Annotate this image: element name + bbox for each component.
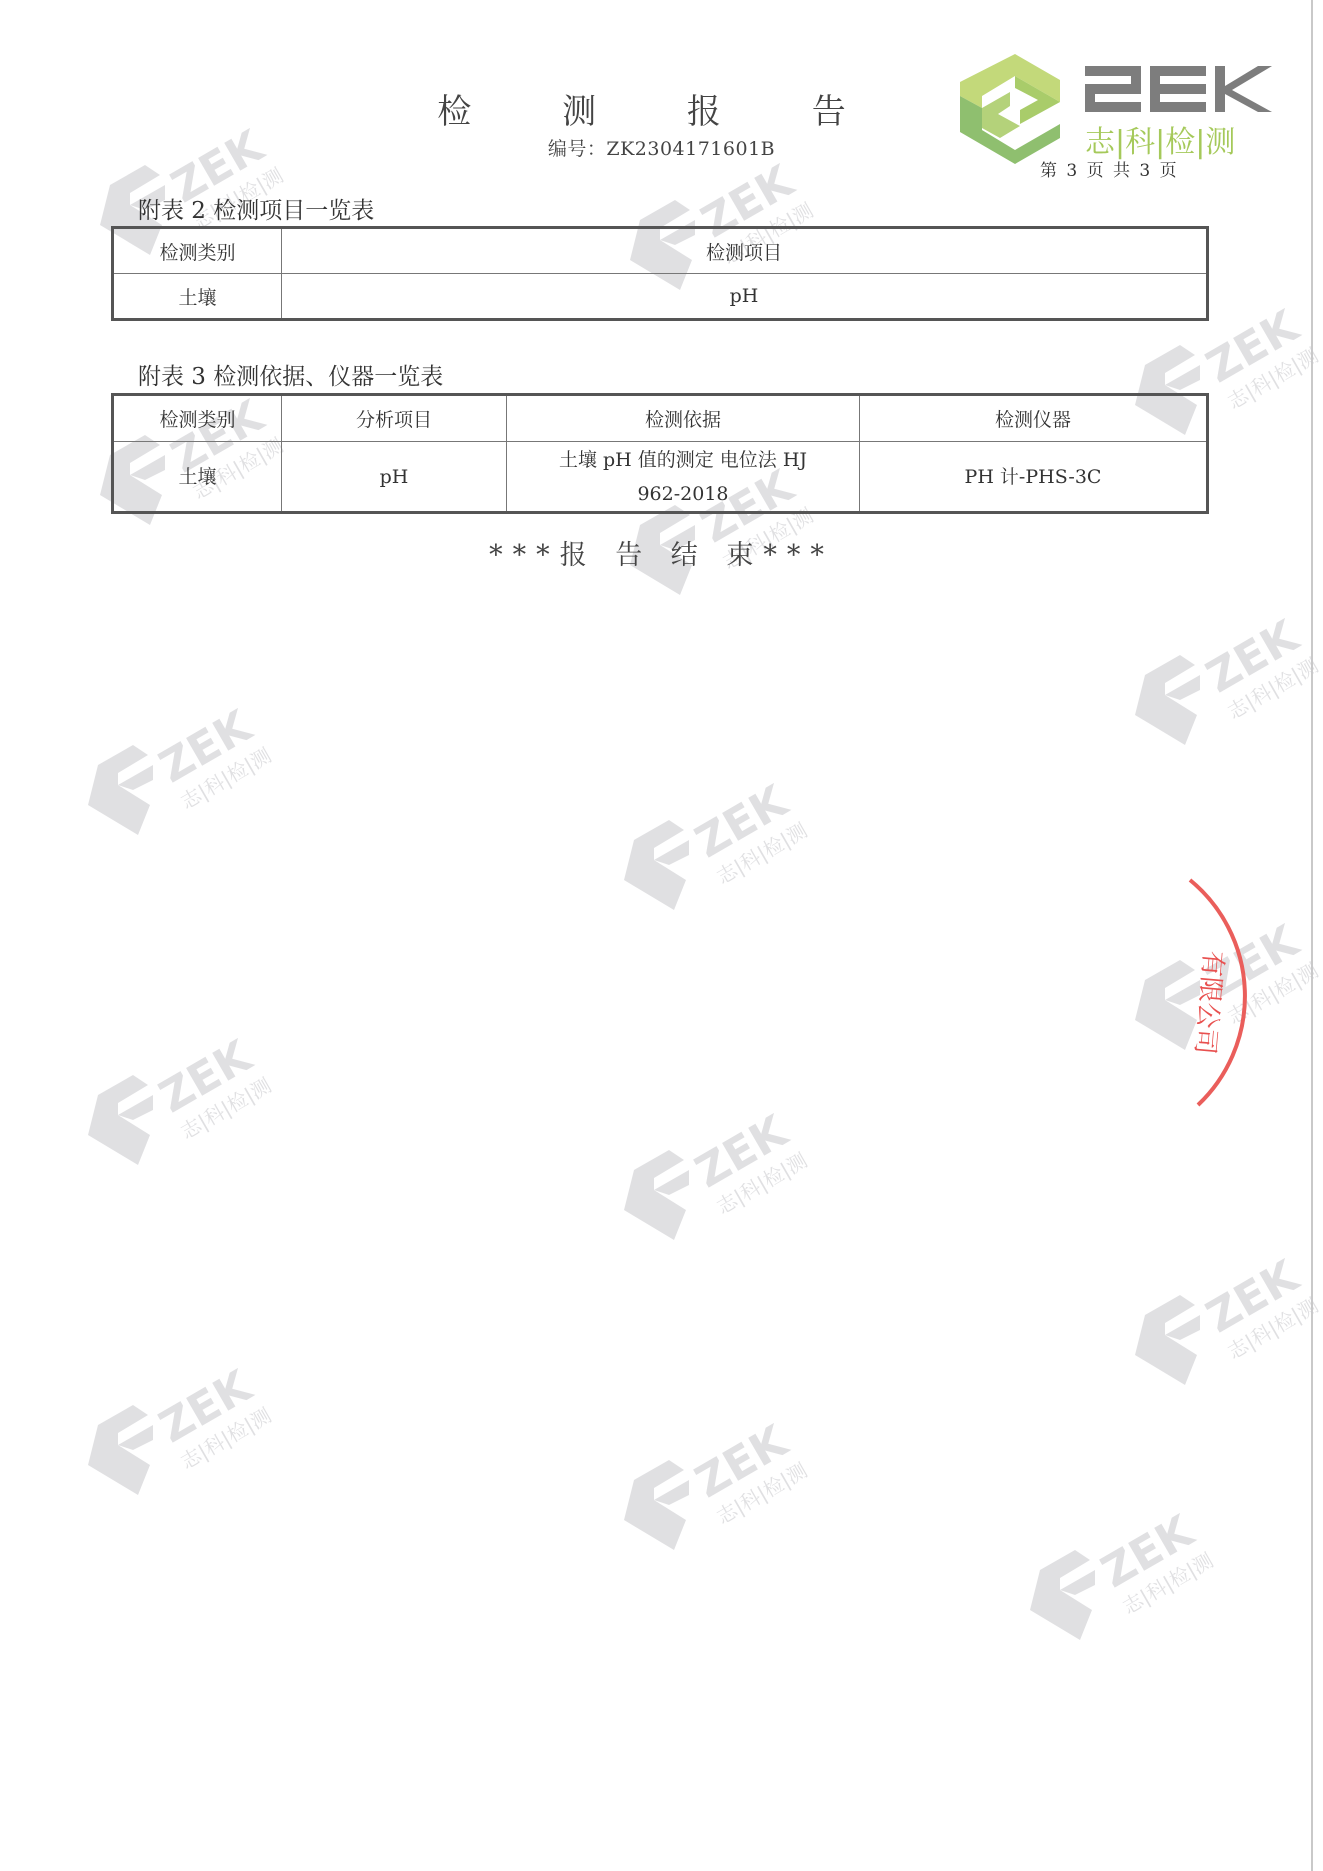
table-row: 土壤 pH	[113, 274, 1208, 320]
cell-method-basis: 土壤 pH 值的测定 电位法 HJ962-2018	[507, 442, 860, 513]
zek-watermark-icon: ZEK志|科|检|测	[614, 1090, 824, 1250]
report-number-value: ZK2304171601B	[606, 138, 775, 160]
svg-text:志|科|检|测: 志|科|检|测	[177, 743, 276, 814]
company-seal-icon: 有限公司	[1150, 870, 1280, 1120]
page-number: 第 3 页 共 3 页	[1040, 156, 1177, 181]
cell-item: pH	[282, 274, 1208, 320]
svg-text:志|科|检|测: 志|科|检|测	[1119, 1548, 1218, 1619]
cell-analysis-item: pH	[282, 442, 507, 513]
svg-text:ZEK: ZEK	[687, 1415, 797, 1508]
table3-caption: 附表 3 检测依据、仪器一览表	[138, 358, 443, 391]
svg-text:ZEK: ZEK	[1198, 1250, 1308, 1343]
svg-text:ZEK: ZEK	[151, 700, 261, 793]
svg-text:ZEK: ZEK	[687, 775, 797, 868]
svg-text:ZEK: ZEK	[151, 1030, 261, 1123]
svg-text:ZEK: ZEK	[1198, 300, 1308, 393]
svg-text:志|科|检|测: 志|科|检|测	[1224, 653, 1323, 724]
svg-text:ZEK: ZEK	[151, 1360, 261, 1453]
svg-text:ZEK: ZEK	[1198, 610, 1308, 703]
basis-instrument-table: 检测类别 分析项目 检测依据 检测仪器 土壤 pH 土壤 pH 值的测定 电位法…	[111, 393, 1209, 514]
basis-line-1: 土壤 pH 值的测定 电位法 HJ	[559, 449, 807, 471]
table-header-row: 检测类别 分析项目 检测依据 检测仪器	[113, 395, 1208, 442]
header-cell: 检测依据	[507, 395, 860, 442]
cell-category: 土壤	[113, 274, 282, 320]
report-end: ***报 告 结 束***	[0, 533, 1323, 572]
header-cell: 检测仪器	[860, 395, 1208, 442]
cell-instrument: PH 计-PHS-3C	[860, 442, 1208, 513]
table-header-row: 检测类别 检测项目	[113, 228, 1208, 274]
svg-text:志|科|检|测: 志|科|检|测	[177, 1403, 276, 1474]
svg-text:志|科|检|测: 志|科|检|测	[1224, 1293, 1323, 1364]
zek-watermark-icon: ZEK志|科|检|测	[78, 685, 288, 845]
report-number-label: 编号：	[548, 138, 607, 160]
zek-watermark-icon: ZEK志|科|检|测	[1125, 595, 1323, 755]
zek-watermark-icon: ZEK志|科|检|测	[1020, 1490, 1230, 1650]
svg-text:ZEK: ZEK	[1093, 1505, 1203, 1598]
zek-logo-icon: 志|科|检|测	[960, 52, 1280, 167]
cell-category: 土壤	[113, 442, 282, 513]
header-cell: 分析项目	[282, 395, 507, 442]
svg-text:志|科|检|测: 志|科|检|测	[1224, 343, 1323, 414]
svg-text:志|科|检|测: 志|科|检|测	[713, 1458, 812, 1529]
svg-text:ZEK: ZEK	[687, 1105, 797, 1198]
zek-watermark-icon: ZEK志|科|检|测	[78, 1015, 288, 1175]
zek-watermark-icon: ZEK志|科|检|测	[78, 1345, 288, 1505]
table2-caption: 附表 2 检测项目一览表	[138, 192, 374, 225]
table-row: 土壤 pH 土壤 pH 值的测定 电位法 HJ962-2018 PH 计-PHS…	[113, 442, 1208, 513]
svg-text:有限公司: 有限公司	[1189, 949, 1228, 1055]
basis-line-2: 962-2018	[637, 483, 728, 505]
svg-text:志|科|检|测: 志|科|检|测	[713, 818, 812, 889]
page-edge-line	[1311, 0, 1313, 1871]
svg-text:志|科|检|测: 志|科|检|测	[1085, 125, 1235, 160]
test-items-table: 检测类别 检测项目 土壤 pH	[111, 226, 1209, 321]
zek-watermark-icon: ZEK志|科|检|测	[614, 760, 824, 920]
header-cell: 检测类别	[113, 395, 282, 442]
header-cell: 检测类别	[113, 228, 282, 274]
header-cell: 检测项目	[282, 228, 1208, 274]
svg-text:志|科|检|测: 志|科|检|测	[713, 1148, 812, 1219]
zek-watermark-icon: ZEK志|科|检|测	[1125, 1235, 1323, 1395]
svg-text:志|科|检|测: 志|科|检|测	[177, 1073, 276, 1144]
zek-watermark-icon: ZEK志|科|检|测	[614, 1400, 824, 1560]
